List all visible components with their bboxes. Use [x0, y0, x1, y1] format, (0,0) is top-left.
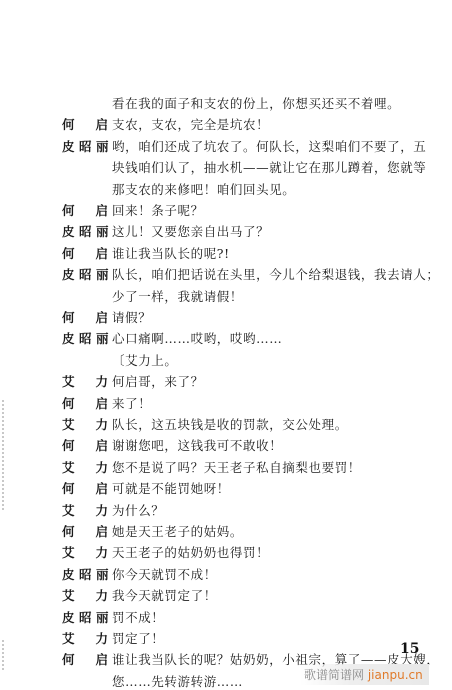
speech-text: 队长，咱们把话说在头里，今儿个给梨退钱，我去请人； — [112, 265, 440, 285]
speaker-name: 皮昭丽 — [62, 329, 108, 349]
speech-text: 为什么？ — [112, 501, 164, 521]
speaker-name: 何启 — [62, 201, 108, 221]
speaker-name: 艾力 — [62, 543, 108, 563]
speech-text: 哟，咱们还成了坑农了。何队长，这梨咱们不要了，五 — [112, 137, 426, 157]
speech-text: 支农，支农，完全是坑农！ — [112, 115, 269, 135]
speech-text: 请假？ — [112, 308, 151, 328]
speaker-name: 皮昭丽 — [62, 608, 108, 628]
speaker-name: 何启 — [62, 522, 108, 542]
continuation-text: 〔艾力上。 — [112, 351, 178, 371]
speaker-name: 艾力 — [62, 501, 108, 521]
speech-text: 队长，这五块钱是收的罚款，交公处理。 — [112, 415, 348, 435]
page-number: 15 — [400, 641, 419, 657]
speech-text: 何启哥，来了？ — [112, 372, 204, 392]
speech-text: 来了！ — [112, 394, 151, 414]
speech-text: 谢谢您吧，这钱我可不敢收！ — [112, 436, 282, 456]
speaker-name: 艾力 — [62, 629, 108, 649]
speaker-name: 皮昭丽 — [62, 265, 108, 285]
speech-text: 我今天就罚定了！ — [112, 586, 217, 606]
speech-text: 她是天王老子的姑妈。 — [112, 522, 243, 542]
speech-text: 天王老子的姑奶奶也得罚！ — [112, 543, 269, 563]
scan-margin-artifact — [2, 400, 8, 510]
speech-text: 你今天就罚不成！ — [112, 565, 217, 585]
speaker-name: 艾力 — [62, 415, 108, 435]
continuation-text: 少了一样，我就请假！ — [112, 287, 243, 307]
script-page: 看在我的面子和支农的份上，你想买还买不着哩。何启支农，支农，完全是坑农！皮昭丽哟… — [0, 0, 452, 690]
speech-text: 心口痛啊……哎哟，哎哟…… — [112, 329, 282, 349]
speech-text: 谁让我当队长的呢?! — [112, 244, 230, 264]
continuation-text: 看在我的面子和支农的份上，你想买还买不着哩。 — [112, 94, 400, 114]
speech-text: 回来！条子呢？ — [112, 201, 204, 221]
speaker-name: 何启 — [62, 244, 108, 264]
continuation-text: 您……先转游转游…… — [112, 672, 243, 690]
speech-text: 可就是不能罚她呀！ — [112, 479, 230, 499]
speaker-name: 艾力 — [62, 586, 108, 606]
speaker-name: 皮昭丽 — [62, 222, 108, 242]
watermark-text: 歌谱简谱网 — [304, 668, 364, 682]
speech-text: 罚定了！ — [112, 629, 164, 649]
speaker-name: 艾力 — [62, 372, 108, 392]
scan-margin-artifact — [2, 640, 8, 670]
speaker-name: 何启 — [62, 308, 108, 328]
speaker-name: 何启 — [62, 394, 108, 414]
speaker-name: 艾力 — [62, 458, 108, 478]
speaker-name: 何启 — [62, 436, 108, 456]
speaker-name: 何启 — [62, 115, 108, 135]
continuation-text: 那支农的来修吧！咱们回头见。 — [112, 180, 295, 200]
speaker-name: 皮昭丽 — [62, 137, 108, 157]
speech-text: 罚不成！ — [112, 608, 164, 628]
watermark-url: jianpu.cn — [368, 668, 423, 682]
speech-text: 您不是说了吗？天王老子私自摘梨也要罚！ — [112, 458, 361, 478]
speaker-name: 何启 — [62, 479, 108, 499]
speaker-name: 皮昭丽 — [62, 565, 108, 585]
continuation-text: 块钱咱们认了，抽水机——就让它在那儿蹲着，您就等 — [112, 158, 426, 178]
speech-text: 这儿！又要您亲自出马了？ — [112, 222, 269, 242]
speaker-name: 何启 — [62, 650, 108, 670]
watermark: 歌谱简谱网 jianpu.cn — [300, 664, 429, 685]
